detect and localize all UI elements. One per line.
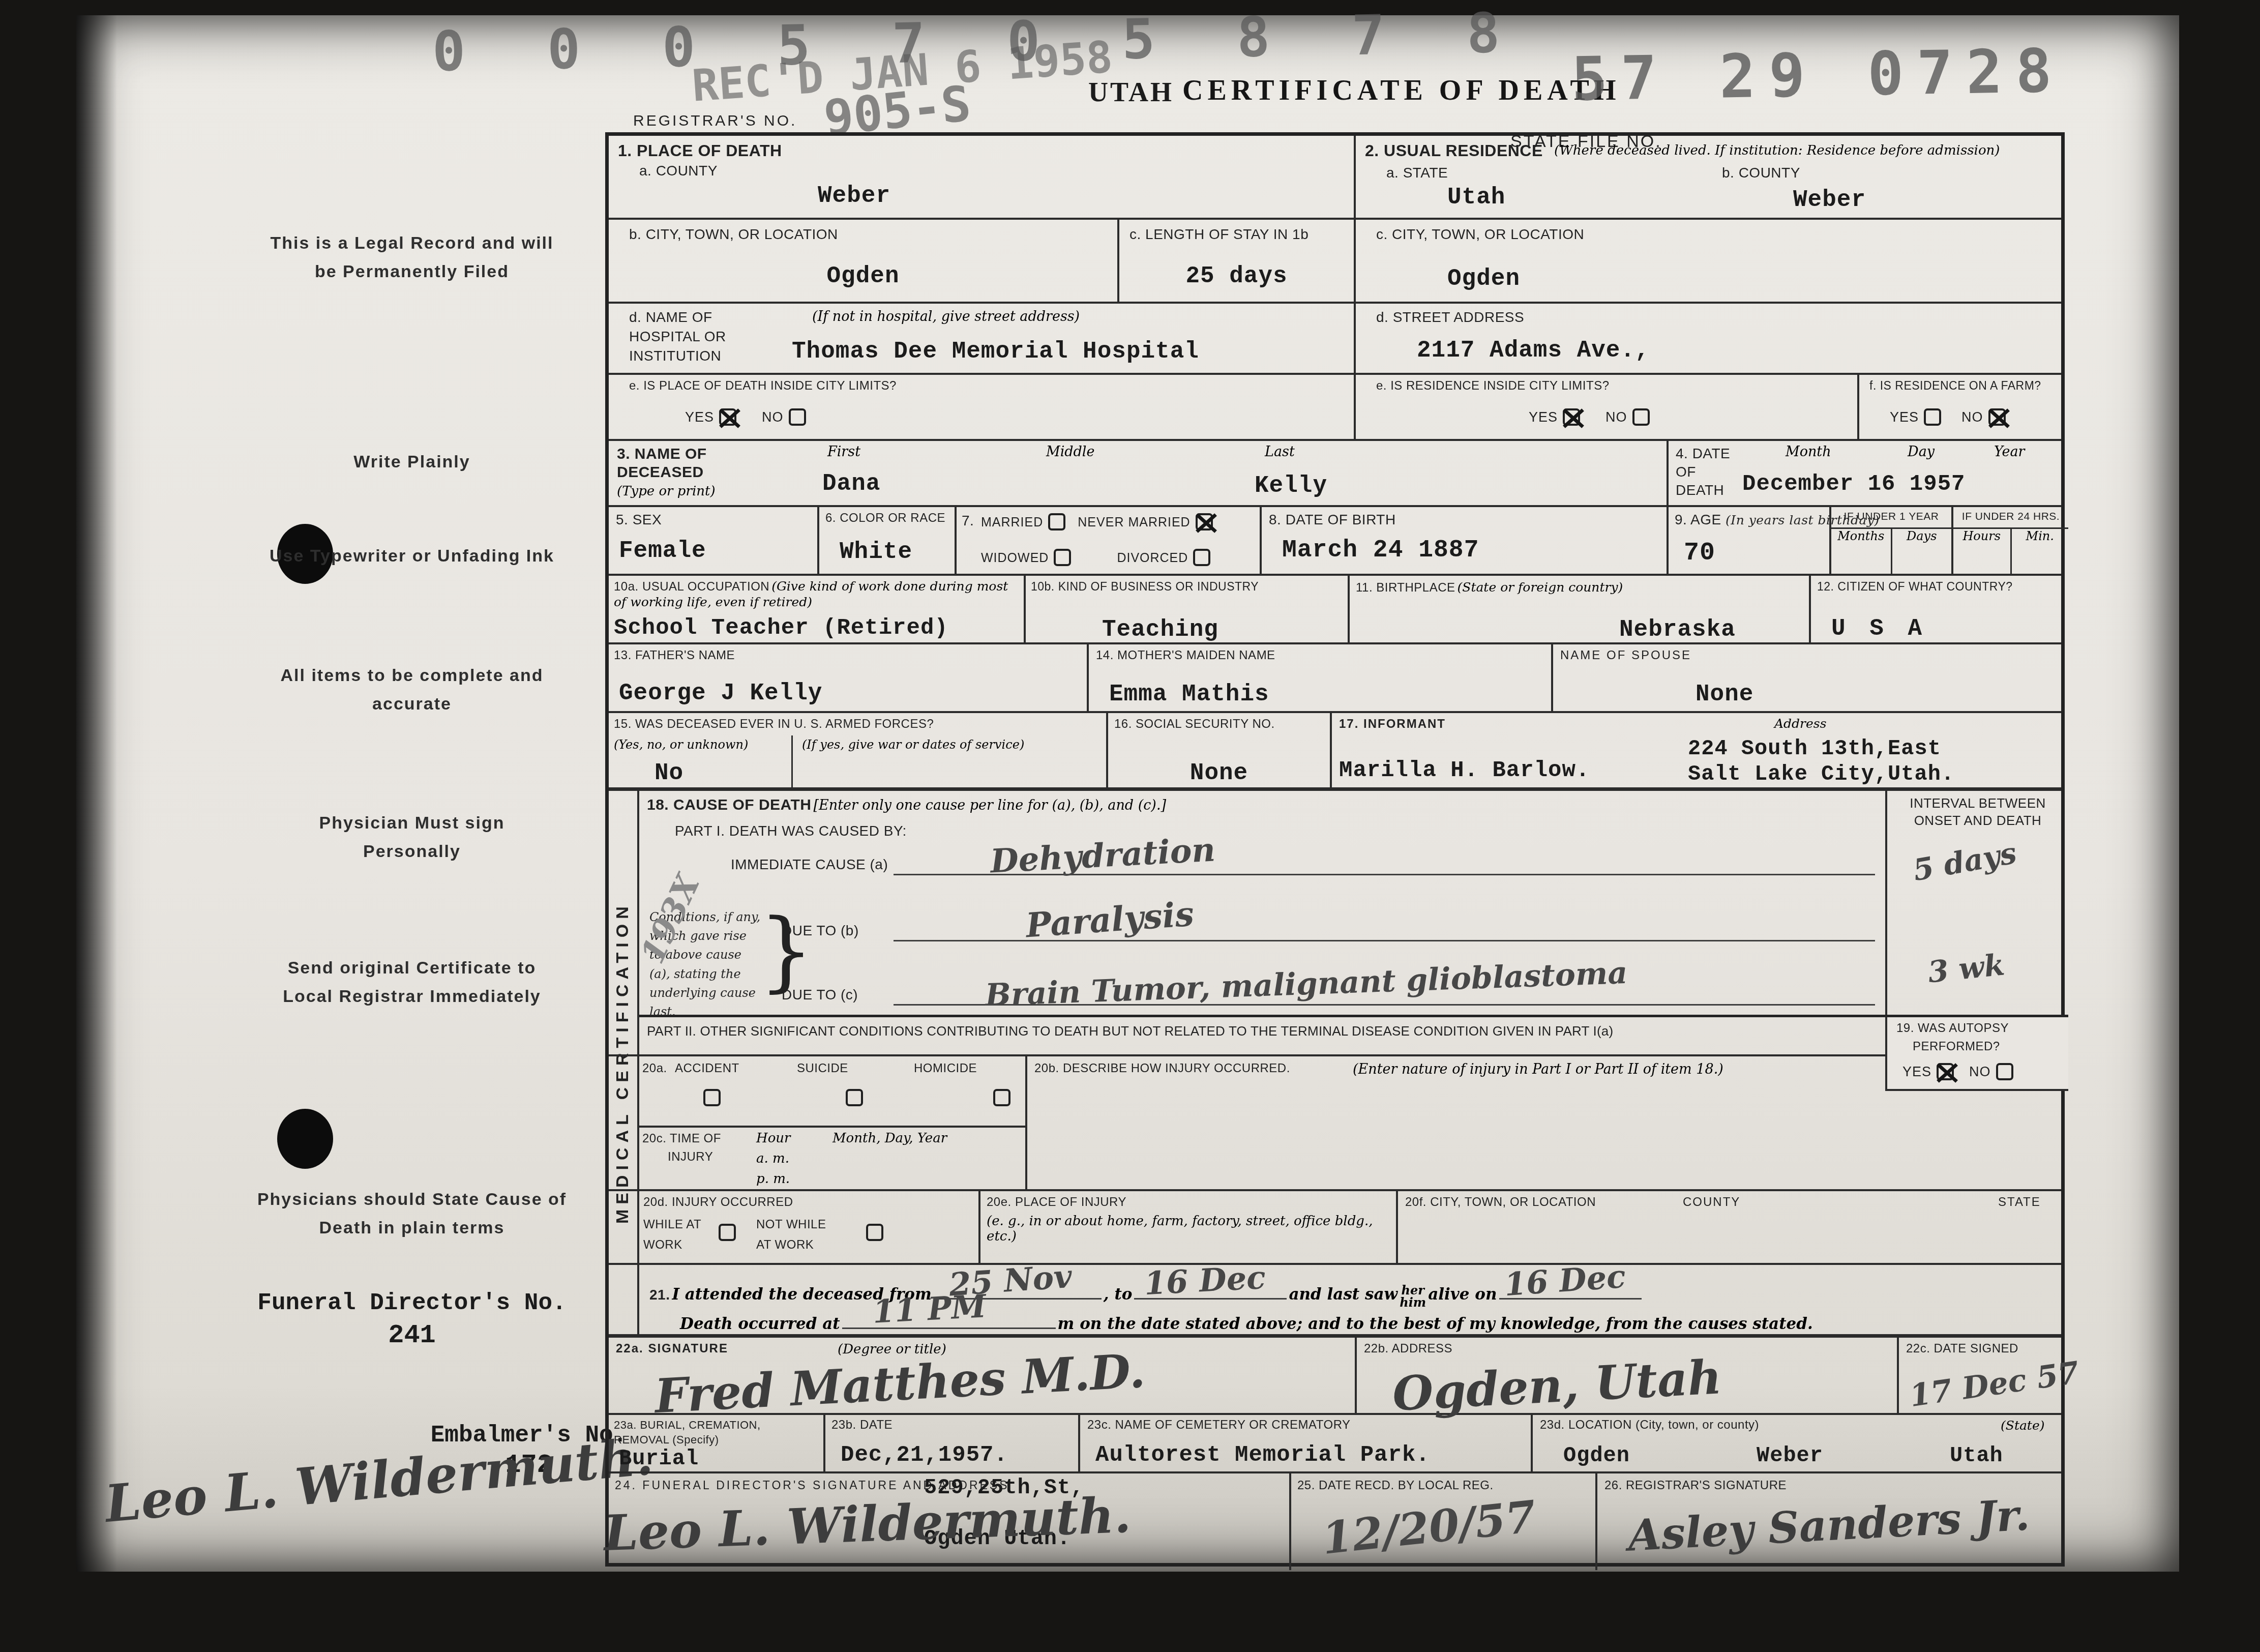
conditions-brace: } <box>759 908 814 994</box>
describe-injury-note: (Enter nature of injury in Part I or Par… <box>1353 1061 1723 1077</box>
citizen-label: 12. CITIZEN OF WHAT COUNTRY? <box>1817 580 2013 594</box>
field-2c-city: c. CITY, TOWN, OR LOCATION Ogden <box>1354 220 2068 302</box>
row-11: 20a. ACCIDENT SUICIDE HOMICIDE 20c. TIME… <box>609 1056 2061 1191</box>
age-label: 9. AGE <box>1675 512 1721 527</box>
field-19-autopsy: 19. WAS AUTOPSY PERFORMED? YES NO <box>1885 1015 2068 1091</box>
date-signed-label: 22c. DATE SIGNED <box>1906 1342 2018 1356</box>
not-while-at-work-checkbox <box>866 1224 883 1241</box>
birthplace-value: Nebraska <box>1619 616 1736 643</box>
injury-state-header: STATE <box>1998 1195 2041 1210</box>
date-of-death-value: December 16 1957 <box>1742 471 1965 497</box>
dob-label: 8. DATE OF BIRTH <box>1269 511 1396 528</box>
hospital-value: Thomas Dee Memorial Hospital <box>792 338 1199 365</box>
divorced-checkbox <box>1193 549 1210 566</box>
residence-city-label: c. CITY, TOWN, OR LOCATION <box>1376 226 1584 243</box>
under-24-hrs-label: IF UNDER 24 HRS. <box>1953 510 2068 523</box>
birthplace-label: 11. BIRTHPLACE <box>1356 581 1455 595</box>
dod-label-1: 4. DATE <box>1676 445 1730 462</box>
row-16-registration: 24. FUNERAL DIRECTOR'S SIGNATURE AND ADD… <box>609 1473 2061 1570</box>
no-label: NO <box>1961 409 1983 425</box>
yes-label: YES <box>1890 409 1919 425</box>
date-received-label: 25. DATE RECD. BY LOCAL REG. <box>1297 1479 1494 1493</box>
suicide-checkbox <box>846 1089 863 1106</box>
row-12: 20d. INJURY OCCURRED WHILE AT WORK NOT W… <box>609 1191 2061 1265</box>
length-of-stay-value: 25 days <box>1119 263 1354 290</box>
field-7-marital-status: 7. MARRIED NEVER MARRIED WIDOWED DIVORCE… <box>955 507 1260 574</box>
row-8: 13. FATHER'S NAME George J Kelly 14. MOT… <box>609 644 2061 713</box>
accident-checkbox <box>703 1089 721 1106</box>
citizen-value: U S A <box>1831 615 1927 642</box>
margin-note-plain-terms: Physicians should State Cause of Death i… <box>229 1185 595 1242</box>
residence-county-label: b. COUNTY <box>1722 164 1800 182</box>
row-2: b. CITY, TOWN, OR LOCATION Ogden c. LENG… <box>609 220 2061 304</box>
month-day-year-header: Month, Day, Year <box>832 1131 947 1146</box>
attendance-number: 21. <box>649 1287 670 1303</box>
day-header: Day <box>1908 444 1935 460</box>
never-married-checkbox <box>1196 513 1213 530</box>
row-5: 3. NAME OF DECEASED (Type or print) Firs… <box>609 441 2061 507</box>
row-10-cause-of-death: 18. CAUSE OF DEATH [Enter only one cause… <box>609 789 2061 1056</box>
signer-address-label: 22b. ADDRESS <box>1364 1342 1452 1356</box>
widowed-checkbox <box>1054 549 1071 566</box>
burial-county-value: Weber <box>1757 1443 1823 1468</box>
accident-label: ACCIDENT <box>675 1061 739 1076</box>
field-20d-injury-occurred: 20d. INJURY OCCURRED WHILE AT WORK NOT W… <box>639 1191 978 1263</box>
informant-value: Marilla H. Barlow. <box>1339 758 1590 784</box>
mother-label: 14. MOTHER'S MAIDEN NAME <box>1096 648 1275 663</box>
physician-signature: Fred Matthes M.D. <box>653 1347 1146 1420</box>
field-1c-length-of-stay: c. LENGTH OF STAY IN 1b 25 days <box>1117 220 1354 302</box>
street-address-value: 2117 Adams Ave., <box>1417 337 1650 364</box>
due-to-c-label: DUE TO (c) <box>782 986 858 1004</box>
death-occurred-tail-text: m on the date stated above; and to the b… <box>1058 1315 1813 1333</box>
part1-label: PART I. DEATH WAS CAUSED BY: <box>675 822 907 840</box>
spouse-value: None <box>1696 681 1753 708</box>
describe-injury-label: 20b. DESCRIBE HOW INJURY OCCURRED. <box>1034 1061 1290 1076</box>
sex-value: Female <box>619 538 706 565</box>
suicide-label: SUICIDE <box>797 1061 848 1076</box>
county-label: a. COUNTY <box>639 162 718 180</box>
yes-label: YES <box>685 409 714 425</box>
row-6: 5. SEX Female 6. COLOR OR RACE White 7. … <box>609 507 2061 576</box>
injury-county-header: COUNTY <box>1683 1195 1740 1210</box>
due-to-b-label: DUE TO (b) <box>782 922 859 939</box>
mother-value: Emma Mathis <box>1109 681 1269 708</box>
row-15-burial: 23a. BURIAL, CREMATION, REMOVAL (Specify… <box>609 1415 2061 1473</box>
field-20a-20c: 20a. ACCIDENT SUICIDE HOMICIDE 20c. TIME… <box>639 1056 1025 1189</box>
row-4: e. IS PLACE OF DEATH INSIDE CITY LIMITS?… <box>609 375 2061 441</box>
field-23c-cemetery: 23c. NAME OF CEMETERY OR CREMATORY Aulto… <box>1078 1415 1531 1471</box>
usual-residence-title: 2. USUAL RESIDENCE <box>1365 141 1543 160</box>
yes-label: YES <box>1529 409 1558 425</box>
name-label-1: 3. NAME OF <box>617 445 707 463</box>
immediate-cause-value: Dehydration <box>990 834 1216 878</box>
hours-header: Hours <box>1953 529 2010 574</box>
field-17-informant: 17. INFORMANT Address Marilla H. Barlow.… <box>1330 713 2068 787</box>
field-1d-hospital: d. NAME OF HOSPITAL OR INSTITUTION (If n… <box>609 304 1354 373</box>
cause-of-death-note: [Enter only one cause per line for (a), … <box>814 798 1167 813</box>
dod-label-3: DEATH <box>1676 482 1724 499</box>
field-22c-date-signed: 22c. DATE SIGNED 17 Dec 57 <box>1897 1338 2068 1413</box>
row-7: 10a. USUAL OCCUPATION (Give kind of work… <box>609 576 2061 644</box>
months-header: Months <box>1831 529 1891 574</box>
field-2e-city-limits: e. IS RESIDENCE INSIDE CITY LIMITS? YES … <box>1354 375 1857 439</box>
no-label: NO <box>1605 409 1627 425</box>
field-23a-burial: 23a. BURIAL, CREMATION, REMOVAL (Specify… <box>609 1415 823 1471</box>
place-of-death-title: 1. PLACE OF DEATH <box>618 141 782 160</box>
usual-residence-note: (Where deceased lived. If institution: R… <box>1554 143 2000 158</box>
field-14-mother: 14. MOTHER'S MAIDEN NAME Emma Mathis <box>1087 644 1551 711</box>
residence-city-limits-yes-checkbox <box>1563 408 1580 426</box>
ssn-label: 16. SOCIAL SECURITY NO. <box>1114 717 1275 732</box>
part2-label: PART II. OTHER SIGNIFICANT CONDITIONS CO… <box>647 1023 1613 1039</box>
city-label: b. CITY, TOWN, OR LOCATION <box>629 226 838 243</box>
interval-b-value: 3 wk <box>1926 950 2006 987</box>
punch-hole-bottom <box>277 1109 333 1169</box>
informant-address-line1: 224 South 13th,East <box>1688 736 1941 761</box>
due-to-c-value: Brain Tumor, malignant glioblastoma <box>985 958 1628 1011</box>
field-20e-place-of-injury: 20e. PLACE OF INJURY (e. g., in or about… <box>978 1191 1396 1263</box>
field-2d-street-address: d. STREET ADDRESS 2117 Adams Ave., <box>1354 304 2068 373</box>
interval-header: INTERVAL BETWEEN ONSET AND DEATH <box>1887 795 2068 830</box>
burial-city-value: Ogden <box>1563 1443 1630 1468</box>
sex-label: 5. SEX <box>616 511 662 528</box>
burial-state-value: Utah <box>1950 1443 2003 1468</box>
injury-occurred-label: 20d. INJURY OCCURRED <box>643 1195 793 1210</box>
industry-value: Teaching <box>1102 616 1218 643</box>
field-1b-city: b. CITY, TOWN, OR LOCATION Ogden <box>609 220 1117 302</box>
not-while-label2: AT WORK <box>756 1238 814 1253</box>
armed-forces-note2: (If yes, give war or dates of service) <box>802 737 1024 752</box>
place-of-injury-label: 20e. PLACE OF INJURY <box>987 1195 1126 1210</box>
informant-address-header: Address <box>1774 716 1826 731</box>
row-1: 1. PLACE OF DEATH a. COUNTY Weber 2. USU… <box>609 136 2061 220</box>
field-20f-location: 20f. CITY, TOWN, OR LOCATION COUNTY STAT… <box>1396 1191 2068 1263</box>
month-header: Month <box>1786 444 1831 460</box>
signer-address-value: Ogden, Utah <box>1391 1353 1722 1418</box>
residence-state-value: Utah <box>1447 184 1505 211</box>
margin-note-physician-sign: Physician Must sign Personally <box>270 809 554 866</box>
death-occurred-text: Death occurred at <box>680 1315 840 1333</box>
burial-value: Burial <box>619 1447 699 1471</box>
father-value: George J Kelly <box>619 680 822 707</box>
margin-note-send-original: Send original Certificate to Local Regis… <box>270 954 554 1011</box>
first-name-value: Dana <box>822 470 880 497</box>
county-value: Weber <box>354 183 1354 210</box>
length-of-stay-label: c. LENGTH OF STAY IN 1b <box>1129 226 1309 243</box>
alive-on-text: alive on <box>1428 1285 1497 1304</box>
name-label-2: DECEASED <box>617 463 704 482</box>
street-address-label: d. STREET ADDRESS <box>1376 309 1524 326</box>
cemetery-value: Aultorest Memorial Park. <box>1095 1442 1430 1468</box>
burial-location-label: 23d. LOCATION (City, town, or county) <box>1540 1418 1759 1433</box>
row-14-signature: 22a. SIGNATURE (Degree or title) Fred Ma… <box>609 1336 2061 1415</box>
funeral-director-no-label: Funeral Director's No. <box>244 1289 580 1317</box>
armed-forces-label: 15. WAS DECEASED EVER IN U. S. ARMED FOR… <box>614 717 934 732</box>
while-at-work-checkbox <box>719 1224 736 1241</box>
last-name-value: Kelly <box>1255 473 1327 499</box>
field-25-date-received: 25. DATE RECD. BY LOCAL REG. 12/20/57 <box>1289 1473 1595 1570</box>
name-label-3: (Type or print) <box>617 484 716 499</box>
field-12-citizen: 12. CITIZEN OF WHAT COUNTRY? U S A <box>1809 576 2068 642</box>
married-checkbox <box>1048 513 1065 530</box>
margin-note-write-plainly: Write Plainly <box>270 448 554 476</box>
city-value: Ogden <box>609 263 1117 290</box>
autopsy-label-2: PERFORMED? <box>1913 1040 2000 1054</box>
field-10a-occupation: 10a. USUAL OCCUPATION (Give kind of work… <box>609 576 1024 642</box>
residence-farm-no-checkbox <box>1988 408 2006 426</box>
death-city-limits-no-checkbox <box>789 408 806 426</box>
signature-label: 22a. SIGNATURE <box>616 1342 728 1356</box>
death-occurred-time-value: 11 PM <box>872 1290 987 1328</box>
residence-county-value: Weber <box>1793 187 1866 214</box>
registrar-signature-value: Asley Sanders Jr. <box>1627 1493 2031 1557</box>
widowed-label: WIDOWED <box>981 551 1049 565</box>
field-10b-industry: 10b. KIND OF BUSINESS OR INDUSTRY Teachi… <box>1024 576 1348 642</box>
residence-city-value: Ogden <box>1447 265 1520 292</box>
due-to-b-value: Paralysis <box>1025 897 1195 942</box>
informant-address-line2: Salt Lake City,Utah. <box>1688 762 1954 786</box>
no-label: NO <box>762 409 784 425</box>
homicide-checkbox <box>993 1089 1010 1106</box>
field-22a-signature: 22a. SIGNATURE (Degree or title) Fred Ma… <box>609 1338 1355 1413</box>
field-22b-address: 22b. ADDRESS Ogden, Utah <box>1355 1338 1897 1413</box>
autopsy-no-checkbox <box>1996 1063 2013 1080</box>
hospital-note: (If not in hospital, give street address… <box>812 309 1080 324</box>
row-3: d. NAME OF HOSPITAL OR INSTITUTION (If n… <box>609 304 2061 375</box>
middle-name-header: Middle <box>1046 444 1094 460</box>
last-name-header: Last <box>1265 444 1295 460</box>
ssn-value: None <box>1108 760 1330 787</box>
first-name-header: First <box>827 444 860 460</box>
field-23d-location: 23d. LOCATION (City, town, or county) (S… <box>1531 1415 2068 1471</box>
while-at-work-label1: WHILE AT <box>643 1218 701 1232</box>
days-header: Days <box>1891 529 1952 574</box>
field-2-usual-residence: 2. USUAL RESIDENCE (Where deceased lived… <box>1354 136 2068 218</box>
yes-label: YES <box>1902 1064 1931 1079</box>
certificate-title: CERTIFICATE OF DEATH <box>1182 74 1621 107</box>
registrar-no-label: REGISTRAR'S NO. <box>633 112 797 130</box>
state-name: UTAH <box>1088 76 1174 108</box>
field-9-age: 9. AGE (In years last birthday) 70 <box>1667 507 1829 574</box>
hour-header: Hour <box>756 1131 791 1146</box>
father-label: 13. FATHER'S NAME <box>614 648 735 663</box>
under-1-year-label: IF UNDER 1 YEAR <box>1831 510 1951 523</box>
autopsy-label-1: 19. WAS AUTOPSY <box>1896 1021 2009 1036</box>
field-1e-city-limits: e. IS PLACE OF DEATH INSIDE CITY LIMITS?… <box>609 375 1354 439</box>
funeral-director-no-value: 241 <box>244 1320 580 1351</box>
date-signed-value: 17 Dec 57 <box>1908 1358 2081 1411</box>
row-9: 15. WAS DECEASED EVER IN U. S. ARMED FOR… <box>609 713 2061 789</box>
field-26-registrar-signature: 26. REGISTRAR'S SIGNATURE Asley Sanders … <box>1595 1473 2068 1570</box>
injury-city-label: 20f. CITY, TOWN, OR LOCATION <box>1405 1195 1596 1210</box>
time-of-injury-label2: INJURY <box>668 1150 713 1165</box>
pm-label: p. m. <box>756 1171 790 1187</box>
field-9-under-24-hrs: IF UNDER 24 HRS. Hours Min. <box>1951 507 2068 574</box>
time-of-injury-label1: 20c. TIME OF <box>642 1132 721 1146</box>
age-value: 70 <box>1684 539 1715 568</box>
spouse-label: NAME OF SPOUSE <box>1560 648 1691 663</box>
registrar-signature-label: 26. REGISTRAR'S SIGNATURE <box>1604 1479 1787 1493</box>
place-of-injury-note: (e. g., in or about home, farm, factory,… <box>987 1214 1383 1244</box>
dob-value: March 24 1887 <box>1282 537 1479 565</box>
field-9-under-1-year: IF UNDER 1 YEAR Months Days <box>1829 507 1951 574</box>
min-header: Min. <box>2010 529 2069 574</box>
field-16-ssn: 16. SOCIAL SECURITY NO. None <box>1106 713 1330 787</box>
am-label: a. m. <box>756 1151 789 1166</box>
field-6-color-race: 6. COLOR OR RACE White <box>817 507 955 574</box>
interval-a-value: 5 days <box>1911 838 2019 886</box>
never-married-label: NEVER MARRIED <box>1078 515 1190 529</box>
not-while-label1: NOT WHILE <box>756 1218 826 1232</box>
cemetery-label: 23c. NAME OF CEMETERY OR CREMATORY <box>1087 1418 1351 1433</box>
residence-farm-yes-checkbox <box>1924 408 1941 426</box>
while-at-work-label2: WORK <box>643 1238 682 1253</box>
field-24-funeral-director: 24. FUNERAL DIRECTOR'S SIGNATURE AND ADD… <box>609 1473 1289 1570</box>
occupation-label: 10a. USUAL OCCUPATION <box>614 580 769 594</box>
informant-label: 17. INFORMANT <box>1339 717 1446 732</box>
date-received-value: 12/20/57 <box>1320 1495 1538 1561</box>
field-1-place-of-death: 1. PLACE OF DEATH a. COUNTY Weber <box>609 136 1354 218</box>
year-header: Year <box>1994 444 2025 460</box>
field-23b-date: 23b. DATE Dec,21,1957. <box>823 1415 1078 1471</box>
homicide-label: HOMICIDE <box>914 1061 977 1076</box>
industry-label: 10b. KIND OF BUSINESS OR INDUSTRY <box>1031 580 1259 594</box>
residence-state-label: a. STATE <box>1386 164 1448 182</box>
margin-note-complete: All items to be complete and accurate <box>270 661 554 718</box>
field-3-name-of-deceased: 3. NAME OF DECEASED (Type or print) Firs… <box>609 441 1667 505</box>
residence-farm-label: f. IS RESIDENCE ON A FARM? <box>1869 379 2041 393</box>
hospital-label: d. NAME OF HOSPITAL OR INSTITUTION <box>629 308 782 365</box>
attended-to-text: , to <box>1104 1285 1133 1304</box>
divorced-label: DIVORCED <box>1117 551 1188 565</box>
cause-of-death-label: 18. CAUSE OF DEATH <box>647 796 812 813</box>
birthplace-note: (State or foreign country) <box>1458 580 1623 595</box>
burial-date-label: 23b. DATE <box>831 1418 893 1433</box>
alive-on-value: 16 Dec <box>1503 1261 1627 1301</box>
autopsy-yes-checkbox <box>1937 1063 1954 1080</box>
field-spouse: NAME OF SPOUSE None <box>1551 644 2068 711</box>
field-11-birthplace: 11. BIRTHPLACE (State or foreign country… <box>1348 576 1809 642</box>
color-race-value: White <box>840 539 912 566</box>
married-label: MARRIED <box>981 515 1043 529</box>
row-13-attendance: 21. I attended the deceased from 25 Nov … <box>609 1265 2061 1336</box>
death-city-limits-yes-checkbox <box>719 408 736 426</box>
no-label: NO <box>1969 1064 1991 1079</box>
certificate-sheet: 0 0 0 5 7 0 5 8 7 8 REC'D JAN 6 1958 REG… <box>76 15 2179 1572</box>
field-4-date-of-death: 4. DATE OF DEATH Month Day Year December… <box>1667 441 2068 505</box>
field-5-sex: 5. SEX Female <box>609 507 817 574</box>
occupation-value: School Teacher (Retired) <box>614 615 948 641</box>
last-saw-text: and last saw <box>1289 1285 1397 1304</box>
field-2f-farm: f. IS RESIDENCE ON A FARM? YES NO <box>1857 375 2068 439</box>
color-race-label: 6. COLOR OR RACE <box>825 511 945 526</box>
attended-to-value: 16 Dec <box>1144 1262 1267 1300</box>
field-20a-number: 20a. <box>642 1061 667 1076</box>
field-15-armed-forces: 15. WAS DECEASED EVER IN U. S. ARMED FOR… <box>609 713 1106 787</box>
him-label: him <box>1400 1296 1426 1309</box>
armed-forces-note1: (Yes, no, or unknown) <box>614 737 748 752</box>
death-city-limits-label: e. IS PLACE OF DEATH INSIDE CITY LIMITS? <box>629 379 897 394</box>
residence-city-limits-label: e. IS RESIDENCE INSIDE CITY LIMITS? <box>1376 379 1610 394</box>
burial-label: 23a. BURIAL, CREMATION, REMOVAL (Specify… <box>614 1418 817 1447</box>
field-8-date-of-birth: 8. DATE OF BIRTH March 24 1887 <box>1260 507 1667 574</box>
death-certificate-form: MEDICAL CERTIFICATION 1. PLACE OF DEATH … <box>605 132 2065 1567</box>
burial-state-header: (State) <box>2001 1418 2044 1433</box>
marital-number: 7. <box>962 512 974 529</box>
margin-note-legal-record: This is a Legal Record and will be Perma… <box>270 229 554 286</box>
burial-date-value: Dec,21,1957. <box>841 1442 1008 1468</box>
armed-forces-value: No <box>655 760 683 787</box>
residence-city-limits-no-checkbox <box>1632 408 1650 426</box>
field-13-father: 13. FATHER'S NAME George J Kelly <box>609 644 1087 711</box>
dod-label-2: OF <box>1676 463 1696 481</box>
margin-note-typewriter: Use Typewriter or Unfading Ink <box>244 542 580 570</box>
state-file-no-stamp: 57 29 0728 <box>1571 41 2065 109</box>
immediate-cause-label: IMMEDIATE CAUSE (a) <box>731 856 888 873</box>
